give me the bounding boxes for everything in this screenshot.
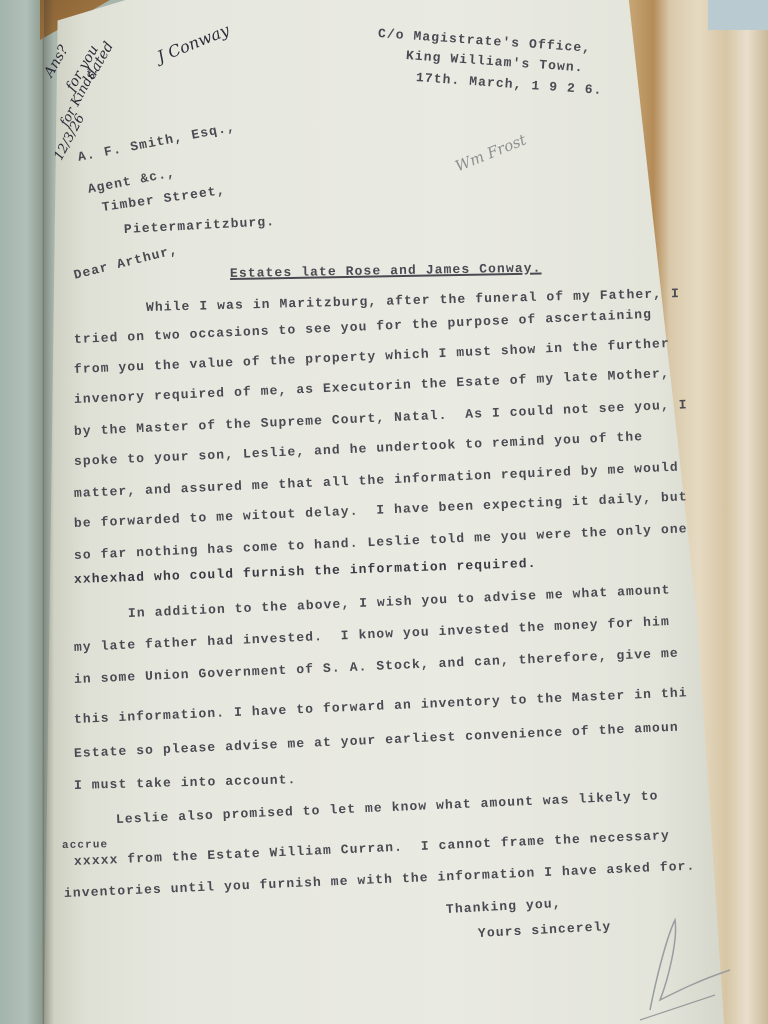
book-cover-left <box>0 0 44 1024</box>
background-corner <box>708 0 768 30</box>
insertion-above-line: accrue <box>62 839 108 852</box>
pencil-signature-scrawl <box>620 900 740 1024</box>
